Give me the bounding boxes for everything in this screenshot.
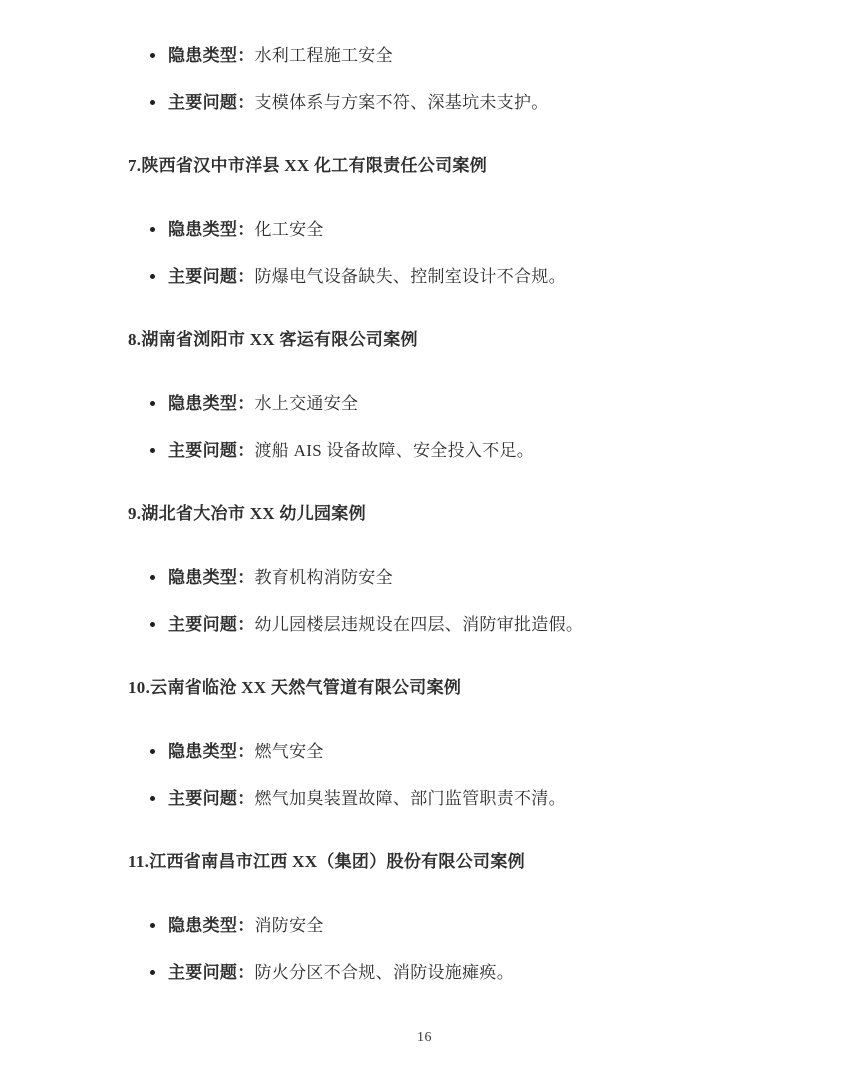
- item-label: 主要问题：: [168, 93, 255, 112]
- item-value: 防火分区不合规、消防设施瘫痪。: [255, 963, 515, 982]
- list-item-text: 隐患类型：燃气安全: [168, 742, 324, 761]
- case-title: 7.陕西省汉中市洋县 XX 化工有限责任公司案例: [128, 156, 799, 176]
- list-item-text: 隐患类型：水利工程施工安全: [168, 46, 393, 65]
- item-value: 化工安全: [255, 220, 324, 239]
- bullet-icon: [150, 923, 155, 928]
- bullet-icon: [150, 970, 155, 975]
- case-title: 10.云南省临沧 XX 天然气管道有限公司案例: [128, 678, 799, 698]
- item-label: 隐患类型：: [168, 394, 255, 413]
- continuation-bullets: 隐患类型：水利工程施工安全 主要问题：支模体系与方案不符、深基坑未支护。: [128, 46, 799, 112]
- case-section: 9.湖北省大冶市 XX 幼儿园案例 隐患类型：教育机构消防安全 主要问题：幼儿园…: [128, 488, 799, 634]
- list-item: 隐患类型：消防安全: [150, 916, 799, 935]
- case-title: 9.湖北省大冶市 XX 幼儿园案例: [128, 504, 799, 524]
- list-item: 主要问题：燃气加臭装置故障、部门监管职责不清。: [150, 789, 799, 808]
- list-item-text: 隐患类型：教育机构消防安全: [168, 568, 393, 587]
- page-number: 16: [0, 1030, 849, 1046]
- bullet-icon: [150, 796, 155, 801]
- bullet-icon: [150, 749, 155, 754]
- bullet-icon: [150, 622, 155, 627]
- item-label: 隐患类型：: [168, 220, 255, 239]
- item-label: 主要问题：: [168, 615, 255, 634]
- bullet-icon: [150, 575, 155, 580]
- item-label: 隐患类型：: [168, 568, 255, 587]
- list-item-text: 主要问题：支模体系与方案不符、深基坑未支护。: [168, 93, 549, 112]
- bullet-icon: [150, 227, 155, 232]
- list-item: 隐患类型：化工安全: [150, 220, 799, 239]
- list-item: 主要问题：渡船 AIS 设备故障、安全投入不足。: [150, 441, 799, 460]
- case-title: 11.江西省南昌市江西 XX（集团）股份有限公司案例: [128, 852, 799, 872]
- item-label: 隐患类型：: [168, 742, 255, 761]
- list-item-text: 隐患类型：水上交通安全: [168, 394, 358, 413]
- item-label: 隐患类型：: [168, 46, 255, 65]
- case-section: 11.江西省南昌市江西 XX（集团）股份有限公司案例 隐患类型：消防安全 主要问…: [128, 836, 799, 982]
- list-item: 主要问题：防爆电气设备缺失、控制室设计不合规。: [150, 267, 799, 286]
- item-value: 防爆电气设备缺失、控制室设计不合规。: [255, 267, 566, 286]
- item-value: 教育机构消防安全: [255, 568, 393, 587]
- list-item: 隐患类型：燃气安全: [150, 742, 799, 761]
- case-section: 10.云南省临沧 XX 天然气管道有限公司案例 隐患类型：燃气安全 主要问题：燃…: [128, 662, 799, 808]
- list-item-text: 隐患类型：消防安全: [168, 916, 324, 935]
- item-label: 主要问题：: [168, 963, 255, 982]
- item-value: 支模体系与方案不符、深基坑未支护。: [255, 93, 549, 112]
- list-item-text: 主要问题：渡船 AIS 设备故障、安全投入不足。: [168, 441, 534, 460]
- case-section: 8.湖南省浏阳市 XX 客运有限公司案例 隐患类型：水上交通安全 主要问题：渡船…: [128, 314, 799, 460]
- list-item: 隐患类型：水上交通安全: [150, 394, 799, 413]
- bullet-icon: [150, 401, 155, 406]
- item-value: 水上交通安全: [255, 394, 359, 413]
- bullet-icon: [150, 53, 155, 58]
- document-content: 隐患类型：水利工程施工安全 主要问题：支模体系与方案不符、深基坑未支护。 7.陕…: [128, 46, 799, 1010]
- item-value: 水利工程施工安全: [255, 46, 393, 65]
- item-label: 主要问题：: [168, 267, 255, 286]
- item-value: 渡船 AIS 设备故障、安全投入不足。: [255, 441, 535, 460]
- item-label: 隐患类型：: [168, 916, 255, 935]
- list-item-text: 隐患类型：化工安全: [168, 220, 324, 239]
- case-section: 7.陕西省汉中市洋县 XX 化工有限责任公司案例 隐患类型：化工安全 主要问题：…: [128, 140, 799, 286]
- document-page: 隐患类型：水利工程施工安全 主要问题：支模体系与方案不符、深基坑未支护。 7.陕…: [0, 0, 849, 1080]
- bullet-icon: [150, 274, 155, 279]
- item-label: 主要问题：: [168, 789, 255, 808]
- bullet-icon: [150, 100, 155, 105]
- list-item-text: 主要问题：燃气加臭装置故障、部门监管职责不清。: [168, 789, 566, 808]
- item-label: 主要问题：: [168, 441, 255, 460]
- list-item: 主要问题：幼儿园楼层违规设在四层、消防审批造假。: [150, 615, 799, 634]
- list-item: 隐患类型：水利工程施工安全: [150, 46, 799, 65]
- list-item-text: 主要问题：防火分区不合规、消防设施瘫痪。: [168, 963, 514, 982]
- case-title: 8.湖南省浏阳市 XX 客运有限公司案例: [128, 330, 799, 350]
- list-item: 主要问题：支模体系与方案不符、深基坑未支护。: [150, 93, 799, 112]
- list-item-text: 主要问题：防爆电气设备缺失、控制室设计不合规。: [168, 267, 566, 286]
- item-value: 消防安全: [255, 916, 324, 935]
- list-item-text: 主要问题：幼儿园楼层违规设在四层、消防审批造假。: [168, 615, 583, 634]
- list-item: 主要问题：防火分区不合规、消防设施瘫痪。: [150, 963, 799, 982]
- bullet-icon: [150, 448, 155, 453]
- item-value: 幼儿园楼层违规设在四层、消防审批造假。: [255, 615, 584, 634]
- list-item: 隐患类型：教育机构消防安全: [150, 568, 799, 587]
- item-value: 燃气加臭装置故障、部门监管职责不清。: [255, 789, 566, 808]
- item-value: 燃气安全: [255, 742, 324, 761]
